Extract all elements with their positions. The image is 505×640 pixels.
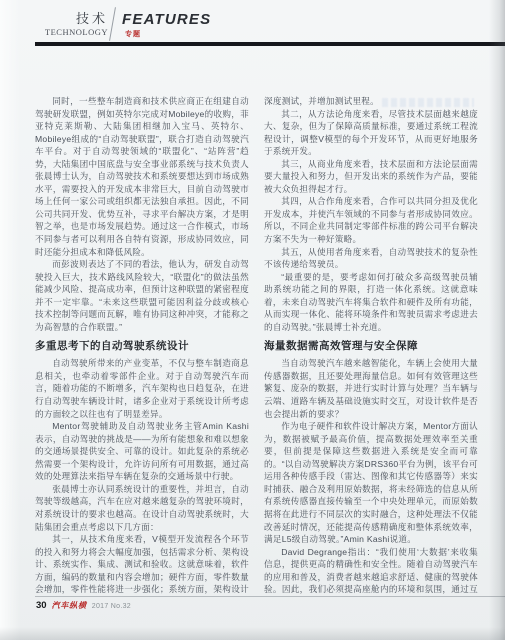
left-column: 同时，一些整车制造商和技术供应商正在组建自动驾驶研发联盟，例如英特尔完成对Mob… <box>35 95 249 595</box>
section-title-en: TECHNOLOGY <box>38 27 108 37</box>
paragraph: 自动驾驶所带来的产业变革，不仅与整车制造商息息相关，也牵动着零部件企业。对于自动… <box>35 357 249 420</box>
header-rule <box>35 42 505 46</box>
section-title-block: 技术 TECHNOLOGY <box>38 12 108 37</box>
paragraph: Mentor驾驶辅助及自动驾驶业务主管Amin Kashi表示，自动驾驶的挑战是… <box>35 420 249 483</box>
paragraph: 其五，从使用者角度来看，自动驾驶技术的复杂性不该传递给驾驶员。 <box>264 246 478 271</box>
paragraph: 张晨博士亦认同系统设计的重要性，并坦言，自动驾驶等级越高，汽车在应对越来越复杂的… <box>35 483 249 533</box>
scan-ghost-artifact <box>382 98 474 107</box>
paragraph: 而彭波则表达了不同的看法，他认为，研发自动驾驶投入巨大，技术路线风险较大，“联盟… <box>35 258 249 333</box>
feature-title-cn: 专题 <box>125 29 141 39</box>
page-number: 30 <box>36 600 47 611</box>
paragraph: 其一，从技术角度来看，V模型开发流程各个环节的投入和努力将会大幅度加强，包括需求… <box>35 533 249 595</box>
paragraph: “最重要的是，要考虑如何打破众多高级驾驶员辅助系统功能之间的界限，打造一体化系统… <box>264 271 478 334</box>
paragraph: 其四，从合作角度来看，合作可以共同分担及优化开发成本，并使汽车领域的不同参与者形… <box>264 195 478 245</box>
section-heading: 多重思考下的自动驾驶系统设计 <box>35 340 249 353</box>
scan-edge-left <box>0 0 20 640</box>
feature-title-en: FEATURES <box>122 11 211 28</box>
section-heading: 海量数据需高效管理与安全保障 <box>264 340 478 353</box>
paragraph: 当自动驾驶汽车越来越智能化，车辆上会使用大量传感器数据，且还要处理海量信息。如何… <box>264 357 478 420</box>
paragraph: David Degrange指出：“我们使用‘大数据’来收集信息，提供更高的精确… <box>264 546 478 595</box>
magazine-logo: 汽车纵横 <box>52 600 87 611</box>
article-body: 同时，一些整车制造商和技术供应商正在组建自动驾驶研发联盟，例如英特尔完成对Mob… <box>35 95 478 595</box>
magazine-page: 技术 TECHNOLOGY FEATURES 专题 同时，一些整车制造商和技术供… <box>0 0 505 640</box>
paragraph: 同时，一些整车制造商和技术供应商正在组建自动驾驶研发联盟，例如英特尔完成对Mob… <box>35 95 249 258</box>
scan-edge-shadow-right <box>489 0 505 640</box>
paragraph: 其二，从方法论角度来看，尽管技术层面越来越庞大、复杂，但为了保障高质量标准，要通… <box>264 108 478 158</box>
footer-rule <box>35 596 505 597</box>
right-column: 深度测试，并增加测试里程。 其二，从方法论角度来看，尽管技术层面越来越庞大、复杂… <box>264 95 478 595</box>
paragraph: 作为电子硬件和软件设计解决方案，Mentor方面认为，数据被赋予最高价值，提高数… <box>264 420 478 545</box>
header-divider <box>109 7 116 41</box>
paragraph: 其三，从商业角度来看，技术层面和方法论层面需要大量投入和努力，但开发出来的系统作… <box>264 158 478 196</box>
issue-number: 2017 No.32 <box>92 603 131 610</box>
scan-edge-shadow-bottom <box>0 627 505 640</box>
section-title-cn: 技术 <box>38 12 108 26</box>
footer-text: 30 汽车纵横 2017 No.32 <box>36 600 131 611</box>
